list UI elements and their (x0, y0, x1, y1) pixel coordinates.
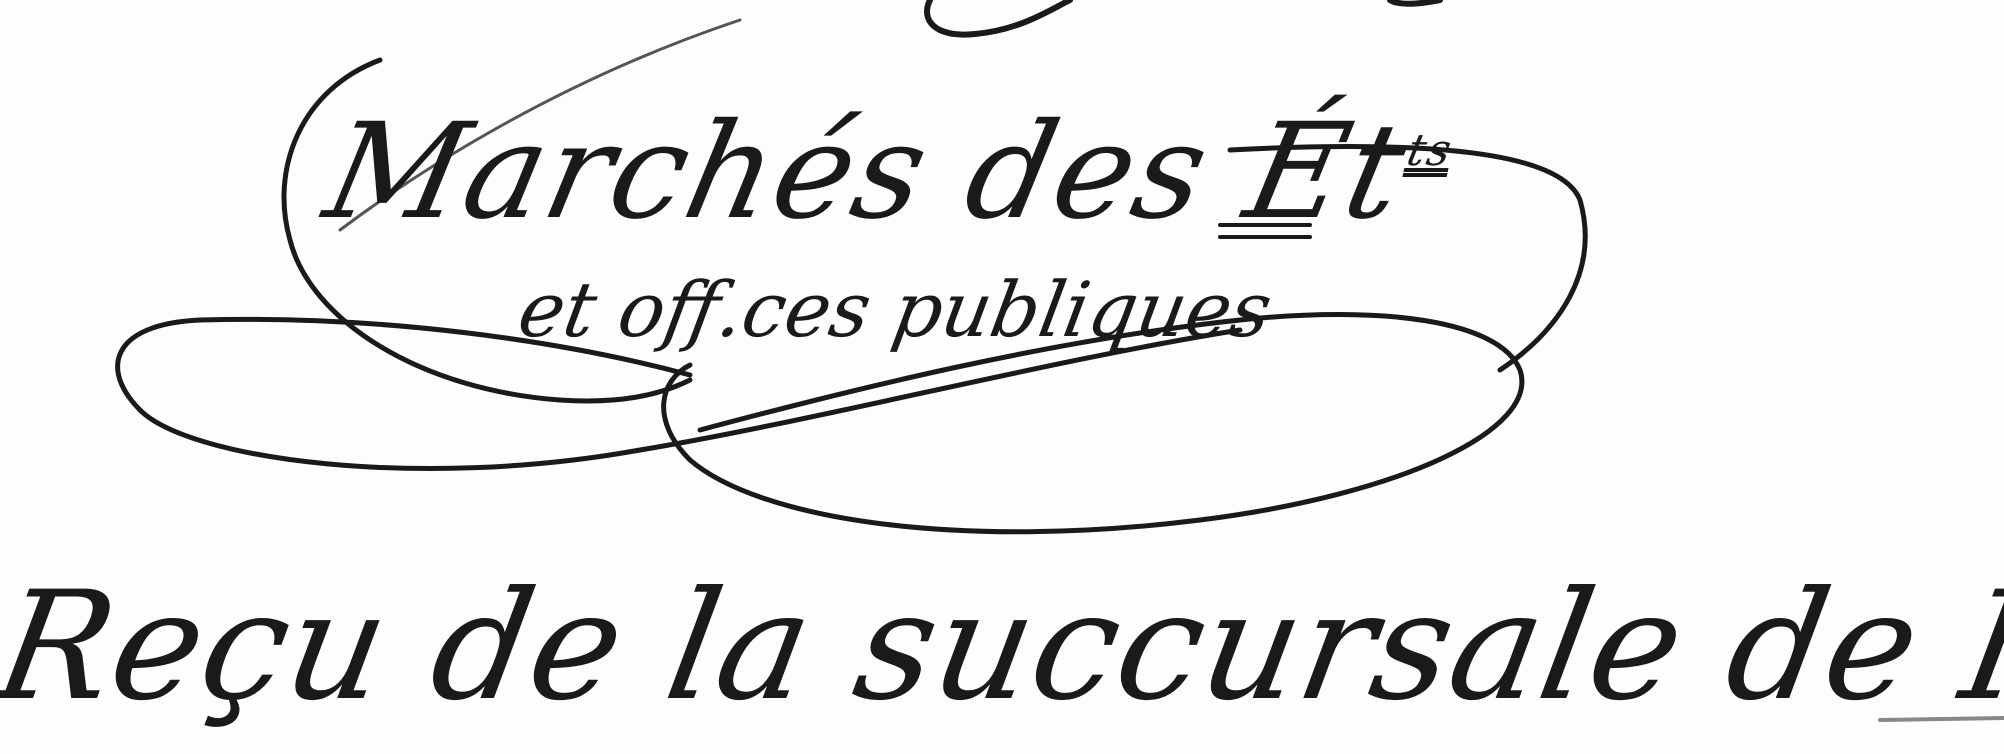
body-text-line: Reçu de la succursale de Houat (0, 560, 2004, 734)
manuscript-page: Marchés des Étts et off.ces publiques Re… (0, 0, 2004, 754)
heading-line-1: Marchés des Étts (314, 95, 1464, 249)
heading-line-2: et off.ces publiques (512, 265, 1278, 354)
heading-text: Marchés des Ét (314, 95, 1420, 249)
top-stroke-fragment (927, 0, 1070, 35)
